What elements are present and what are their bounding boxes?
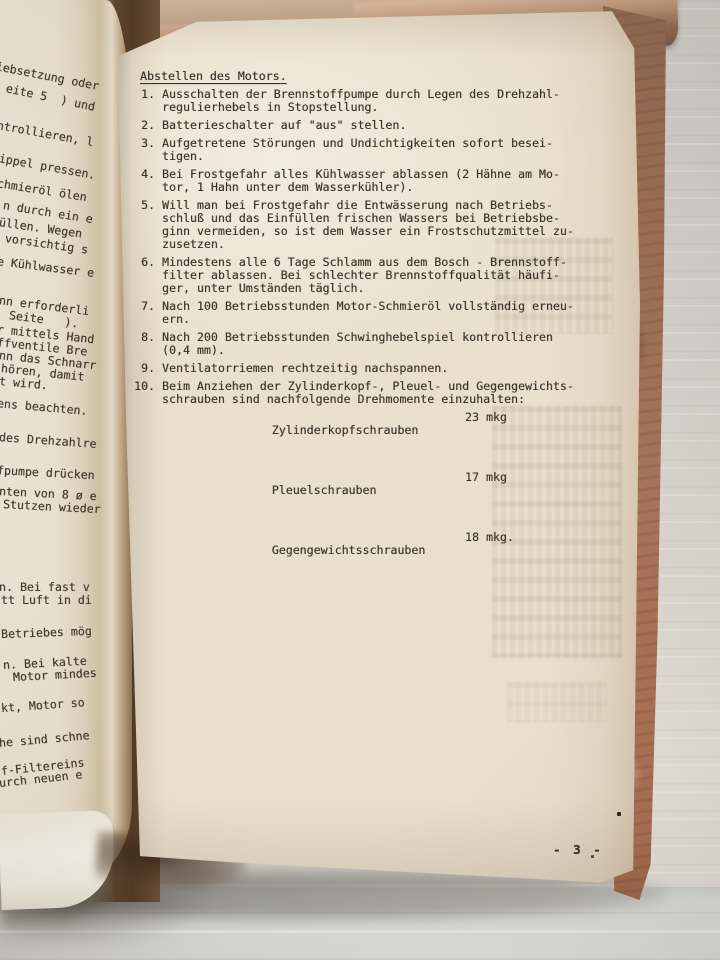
instruction-list: 1. Ausschalten der Brennstoffpumpe durch… (134, 88, 604, 406)
left-page-text-fragment: ippel pressen. (0, 152, 96, 182)
book-photo: iebsetzung odereite 5 ) undntrollieren, … (0, 0, 720, 960)
left-page-text-fragment: Stutzen wieder (3, 498, 101, 516)
instruction-number: 2. (134, 119, 155, 132)
left-page-text-fragment: ntrollieren, l (0, 119, 94, 149)
instruction-item: 10. Beim Anziehen der Zylinderkopf-, Ple… (134, 380, 604, 406)
left-page-text-fragment: Betriebes mög (1, 625, 92, 641)
instruction-item: 9. Ventilatorriemen rechtzeitig nachspan… (134, 362, 604, 375)
left-page-text-fragment: ens beachten. (0, 397, 88, 418)
left-page-text-fragment: Motor mindes (13, 667, 97, 684)
left-page-text-fragment: e Kühlwasser e (0, 255, 95, 280)
instruction-text: Nach 100 Betriebsstunden Motor-Schmieröl… (162, 300, 574, 326)
instruction-number: 7. (134, 300, 155, 326)
instruction-text: Nach 200 Betriebsstunden Schwinghebelspi… (162, 331, 553, 357)
instruction-number: 9. (134, 362, 155, 375)
torque-value: 23 mkg (465, 411, 507, 424)
left-page-text-fragment: des Drehzahlre (0, 431, 97, 451)
left-page: iebsetzung odereite 5 ) undntrollieren, … (0, 0, 132, 884)
instruction-text: Beim Anziehen der Zylinderkopf-, Pleuel-… (162, 380, 574, 406)
ink-speck (617, 812, 621, 816)
instruction-number: 4. (134, 168, 155, 194)
instruction-number: 5. (134, 199, 155, 251)
torque-name: Pleuelschrauben (272, 483, 377, 497)
left-page-text-fragment: fpumpe drücken (0, 464, 95, 482)
instruction-text: Aufgetretene Störungen und Undichtigkeit… (162, 137, 553, 163)
instruction-number: 1. (134, 88, 155, 114)
instruction-item: 8. Nach 200 Betriebsstunden Schwinghebel… (134, 331, 604, 357)
torque-table: Zylinderkopfschrauben 23 mkg Pleuelschra… (188, 411, 604, 583)
left-page-text-fragment: t wird. (0, 375, 48, 392)
instruction-text: Batterieschalter auf "aus" stellen. (162, 119, 406, 132)
left-page-text-fragment: tt Luft in di (1, 594, 92, 607)
instruction-text: Bei Frostgefahr alles Kühlwasser ablasse… (162, 168, 560, 194)
instruction-text: Mindestens alle 6 Tage Schlamm aus dem B… (162, 256, 567, 295)
page-body: 1. Ausschalten der Brennstoffpumpe durch… (134, 88, 604, 591)
instruction-item: 1. Ausschalten der Brennstoffpumpe durch… (134, 88, 604, 114)
instruction-item: 4. Bei Frostgefahr alles Kühlwasser abla… (134, 168, 604, 194)
torque-name: Gegengewichtsschrauben (272, 543, 426, 557)
torque-row: Zylinderkopfschrauben 23 mkg (188, 411, 604, 463)
torque-row: Pleuelschrauben 17 mkg (188, 471, 604, 523)
instruction-text: Will man bei Frostgefahr die Entwässerun… (162, 199, 574, 251)
left-page-text-fragment: he sind schne (0, 729, 90, 750)
instruction-item: 6. Mindestens alle 6 Tage Schlamm aus de… (134, 256, 604, 295)
instruction-item: 5. Will man bei Frostgefahr die Entwässe… (134, 199, 604, 251)
instruction-item: 2. Batterieschalter auf "aus" stellen. (134, 119, 604, 132)
instruction-text: Ausschalten der Brennstoffpumpe durch Le… (162, 88, 560, 114)
instruction-item: 7. Nach 100 Betriebsstunden Motor-Schmie… (134, 300, 604, 326)
torque-name: Zylinderkopfschrauben (272, 423, 419, 437)
instruction-number: 10. (134, 380, 155, 406)
show-through-text (507, 682, 607, 722)
instruction-number: 3. (134, 137, 155, 163)
torque-value: 17 mkg (465, 471, 507, 484)
page-number: - 3 - (553, 842, 603, 857)
torque-value: 18 mkg. (465, 531, 514, 544)
instruction-number: 6. (134, 256, 155, 295)
left-page-text-fragment: kt, Motor so (1, 696, 85, 715)
instruction-item: 3. Aufgetretene Störungen und Undichtigk… (134, 137, 604, 163)
instruction-text: Ventilatorriemen rechtzeitig nachspannen… (162, 362, 448, 375)
instruction-number: 8. (134, 331, 155, 357)
torque-row: Gegengewichtsschrauben 18 mkg. (188, 531, 604, 583)
page-title: Abstellen des Motors. (140, 70, 287, 83)
right-page: Abstellen des Motors. 1. Ausschalten der… (112, 6, 640, 886)
